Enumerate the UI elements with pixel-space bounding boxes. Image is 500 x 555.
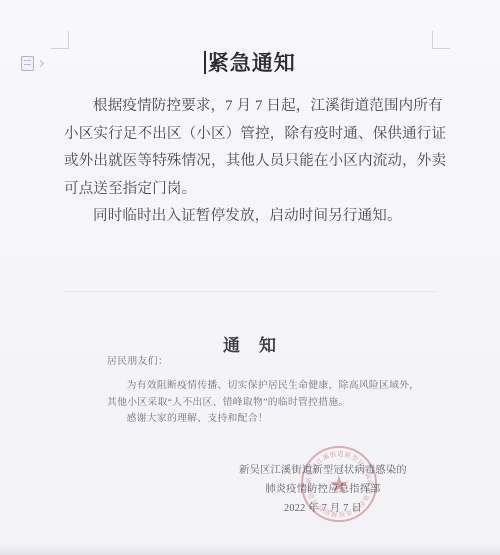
notice-line: 为有效阻断疫情传播、切实保护居民生命健康，除高风险区域外， [107,378,437,395]
text-caret [204,51,206,74]
body-line: 小区实行足不出区（小区）管控，除有疫时通、保供通行证 [64,121,440,149]
notice-line: 感谢大家的理解、支持和配合！ [107,411,437,428]
body-line: 根据疫情防控要求，7 月 7 日起，江溪街道范围内所有 [64,93,440,121]
notice-salutation: 居民朋友们： [107,353,168,367]
photo-edge-shade [0,545,500,555]
emergency-notice-title[interactable]: 紧急通知 [0,47,500,77]
notice-line: 其他小区采取“人不出区、错峰取物”的临时管控措施。 [107,395,437,412]
official-seal: 新吴区江溪街道新型冠状病毒感染的肺炎疫情防控应急指挥部 [298,443,380,525]
emergency-notice-body[interactable]: 根据疫情防控要求，7 月 7 日起，江溪街道范围内所有 小区实行足不出区（小区）… [64,93,440,231]
emergency-notice-title-text: 紧急通知 [208,51,296,75]
notice-title: 通 知 [0,331,500,356]
seal-star-icon [330,476,348,493]
document-page: 紧急通知 根据疫情防控要求，7 月 7 日起，江溪街道范围内所有 小区实行足不出… [0,0,500,555]
body-line: 或外出就医等特殊情况，其他人员只能在小区内流动，外卖 [64,148,440,176]
body-line: 同时临时出入证暂停发放，启动时间另行通知。 [64,203,440,231]
notice-body: 为有效阻断疫情传播、切实保护居民生命健康，除高风险区域外， 其他小区采取“人不出… [107,378,437,428]
body-line: 可点送至指定门岗。 [64,176,440,204]
section-divider [64,291,436,292]
